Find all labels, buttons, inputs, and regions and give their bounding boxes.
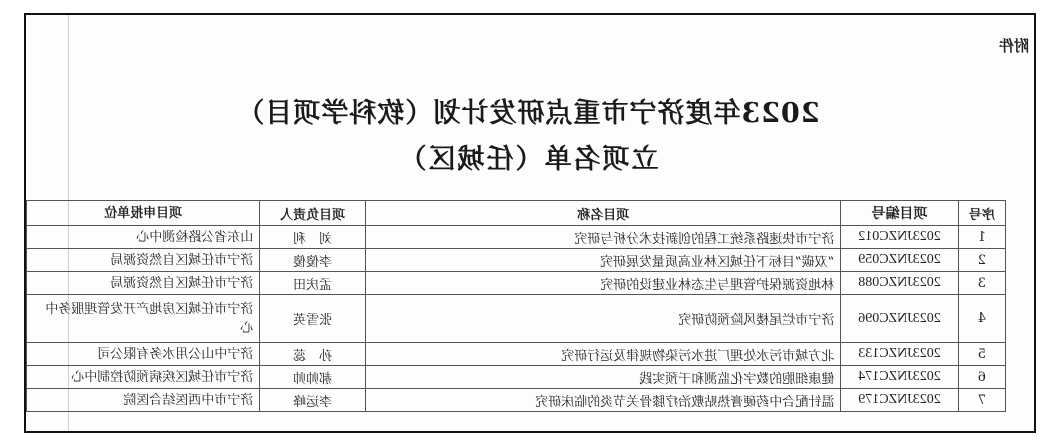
cell-code: 2023JNZC133 xyxy=(841,343,958,366)
cell-unit: 济宁市中西医结合医院 xyxy=(27,389,260,412)
cell-person: 孙 蕊 xyxy=(260,343,366,366)
table-row: 5 2023JNZC133 北方城市污水处理厂进水污染物规律及运行研究 孙 蕊 … xyxy=(27,343,1006,366)
cell-unit: 山东省公路检测中心 xyxy=(27,226,260,249)
cell-code: 2023JNZC096 xyxy=(841,295,958,343)
cell-index: 3 xyxy=(958,272,1005,295)
cell-index: 5 xyxy=(958,343,1005,366)
cell-unit: 济宁市任城区自然资源局 xyxy=(27,272,260,295)
mirrored-document: 附件 2023年度济宁市重点研发计划（软科学项目） 立项名单（任城区） 序号 项… xyxy=(0,0,1054,448)
cell-name: 济宁市烂尾楼风险预防研究 xyxy=(366,295,841,343)
table-row: 1 2023JNZC012 济宁市快速路系统工程的创新技术分析与研究 刘 利 山… xyxy=(27,226,1006,249)
cell-person: 李傻傻 xyxy=(260,249,366,272)
header-index: 序号 xyxy=(958,201,1005,226)
cell-code: 2023JNZC088 xyxy=(841,272,958,295)
cell-unit: 济宁中山公用水务有限公司 xyxy=(27,343,260,366)
document-page: 附件 2023年度济宁市重点研发计划（软科学项目） 立项名单（任城区） 序号 项… xyxy=(24,13,1036,433)
cell-name: 林地资源保护管理与生态林业建设的研究 xyxy=(366,272,841,295)
cell-name: 健康细胞的数字化监测和干预实践 xyxy=(366,366,841,389)
document-subtitle: 立项名单（任城区） xyxy=(22,137,1034,176)
table-row: 3 2023JNZC088 林地资源保护管理与生态林业建设的研究 孟庆田 济宁市… xyxy=(27,272,1006,295)
table-row: 7 2023JNZC179 温针配合中药硬膏热贴敷治疗膝骨关节炎的临床研究 李运… xyxy=(27,389,1006,412)
cell-unit: 济宁市任城区房地产开发管理服务中心 xyxy=(27,295,260,343)
cell-person: 李运峰 xyxy=(260,389,366,412)
cell-person: 孟庆田 xyxy=(260,272,366,295)
cell-unit: 济宁市任城区疾病预防控制中心 xyxy=(27,366,260,389)
cell-unit: 济宁市任城区自然资源局 xyxy=(27,249,260,272)
table-row: 4 2023JNZC096 济宁市烂尾楼风险预防研究 张雪英 济宁市任城区房地产… xyxy=(27,295,1006,343)
cell-index: 4 xyxy=(958,295,1005,343)
cell-code: 2023JNZC179 xyxy=(841,389,958,412)
cell-person: 张雪英 xyxy=(260,295,366,343)
project-table: 序号 项目编号 项目名称 项目负责人 项目申报单位 1 2023JNZC012 … xyxy=(26,200,1006,412)
cell-code: 2023JNZC059 xyxy=(841,249,958,272)
table-row: 2 2023JNZC059 “双碳”目标下任城区林业高质量发展研究 李傻傻 济宁… xyxy=(27,249,1006,272)
cell-name: 北方城市污水处理厂进水污染物规律及运行研究 xyxy=(366,343,841,366)
cell-name: 温针配合中药硬膏热贴敷治疗膝骨关节炎的临床研究 xyxy=(366,389,841,412)
table-row: 6 2023JNZC174 健康细胞的数字化监测和干预实践 郝帅帅 济宁市任城区… xyxy=(27,366,1006,389)
header-name: 项目名称 xyxy=(366,201,841,226)
cell-index: 1 xyxy=(958,226,1005,249)
cell-name: 济宁市快速路系统工程的创新技术分析与研究 xyxy=(366,226,841,249)
table-header-row: 序号 项目编号 项目名称 项目负责人 项目申报单位 xyxy=(27,201,1006,226)
attachment-label: 附件 xyxy=(999,35,1029,56)
cell-index: 2 xyxy=(958,249,1005,272)
cell-index: 7 xyxy=(958,389,1005,412)
cell-code: 2023JNZC174 xyxy=(841,366,958,389)
document-title: 2023年度济宁市重点研发计划（软科学项目） xyxy=(22,91,1034,130)
cell-index: 6 xyxy=(958,366,1005,389)
cell-person: 刘 利 xyxy=(260,226,366,249)
header-unit: 项目申报单位 xyxy=(27,201,260,226)
cell-person: 郝帅帅 xyxy=(260,366,366,389)
header-code: 项目编号 xyxy=(841,201,958,226)
cell-name: “双碳”目标下任城区林业高质量发展研究 xyxy=(366,249,841,272)
header-person: 项目负责人 xyxy=(260,201,366,226)
cell-code: 2023JNZC012 xyxy=(841,226,958,249)
